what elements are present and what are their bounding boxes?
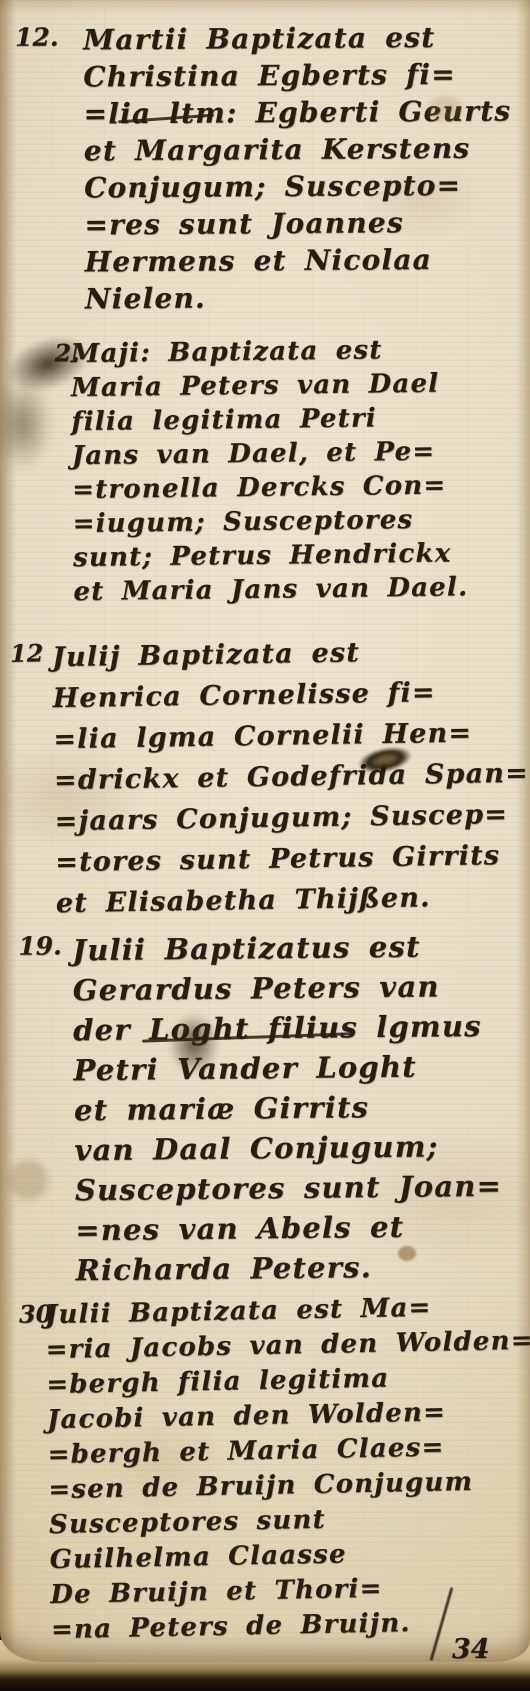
entry-day: 19. xyxy=(18,931,62,960)
scanned-register-photo: 12. Martii Baptizata est Christina Egber… xyxy=(0,0,530,1691)
baptism-entry-12-julij: 12 Julij Baptizata est Henrica Corneliss… xyxy=(0,630,530,925)
entry-day: 12 xyxy=(10,638,44,668)
baptism-entry-2-maji: 2. Maji: Baptizata est Maria Peters van … xyxy=(0,332,530,610)
page-number: 34 xyxy=(452,1634,490,1665)
baptism-entry-12-martii: 12. Martii Baptizata est Christina Egber… xyxy=(0,18,530,318)
entry-line: et Margarita Kerstens xyxy=(0,129,530,170)
entry-line: Christina Egberts fi= xyxy=(0,55,529,96)
entry-line: der Loght filius lgmus xyxy=(0,1005,529,1051)
entry-line: Gerardus Peters van xyxy=(0,965,529,1011)
entry-line: Susceptores sunt Joan= xyxy=(1,1165,530,1211)
entry-day: 2. xyxy=(54,338,79,367)
entry-line: Julii Baptizatus est xyxy=(0,925,529,971)
entry-line: et mariæ Girrits xyxy=(0,1085,530,1131)
register-page: 12. Martii Baptizata est Christina Egber… xyxy=(0,0,530,1662)
entry-line: =lia ltm: Egberti Geurts xyxy=(0,92,530,133)
entry-day: 12. xyxy=(15,23,59,52)
entry-line: et Elisabetha Thijßen. xyxy=(2,876,530,925)
entry-line: Martii Baptizata est xyxy=(0,18,529,59)
entry-line: van Daal Conjugum; xyxy=(0,1125,530,1171)
entry-line: Richarda Peters. xyxy=(1,1245,530,1291)
entry-line: Nielen. xyxy=(1,277,530,318)
entry-line: Hermens et Nicolaa xyxy=(1,240,530,281)
entry-line: Conjugum; Suscepto= xyxy=(0,166,530,207)
entry-day: 30 xyxy=(19,1299,53,1329)
entry-line: et Maria Jans van Dael. xyxy=(1,570,530,610)
entry-line: =res sunt Joannes xyxy=(0,203,530,244)
baptism-entry-19-julii: 19. Julii Baptizatus est Gerardus Peters… xyxy=(0,925,530,1291)
register-text-block: 12. Martii Baptizata est Christina Egber… xyxy=(0,0,530,1649)
entry-line: Petri Vander Loght xyxy=(0,1045,530,1091)
entry-line: =tores sunt Petrus Girrits xyxy=(1,835,530,884)
entry-line: =nes van Abels et xyxy=(1,1205,530,1251)
